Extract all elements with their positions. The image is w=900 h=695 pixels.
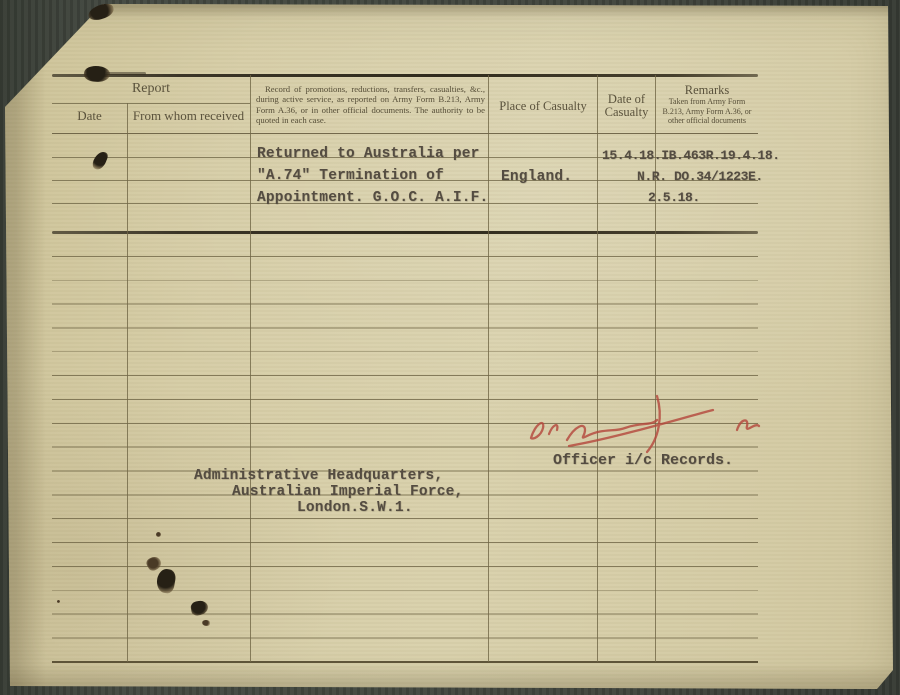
col-header-date: Date	[52, 108, 127, 124]
scan-background: Report Date From whom received Record of…	[0, 0, 900, 695]
report-underline-rule	[52, 103, 250, 104]
ink-speck	[156, 532, 161, 537]
remarks-entry-line-2: N.R. DO.34/1223E.	[637, 169, 763, 184]
address-line-1: Administrative Headquarters,	[194, 468, 443, 484]
column-rule-place	[488, 75, 489, 662]
ink-blot-trail-4	[202, 620, 210, 626]
table-bottom-rule	[52, 661, 758, 663]
address-line-3: London.S.W.1.	[297, 500, 413, 516]
col-header-place-of-casualty: Place of Casualty	[489, 99, 597, 114]
column-rule-date	[127, 103, 128, 662]
remarks-entry-line-3: 2.5.18.	[648, 190, 700, 205]
top-rule	[52, 74, 758, 77]
ink-speck-left	[57, 600, 60, 603]
column-rule-date-of-casualty	[597, 75, 598, 662]
officer-in-charge-label: Officer i/c Records.	[553, 452, 733, 469]
col-header-record-note: Record of promotions, reductions, transf…	[256, 84, 485, 125]
column-rule-remarks	[655, 75, 656, 662]
record-entry-line-2: "A.74" Termination of	[257, 168, 444, 184]
place-of-casualty-entry: England.	[501, 169, 572, 185]
record-entry-line-1: Returned to Australia per	[257, 146, 480, 162]
col-header-date-of-casualty: Date of Casualty	[598, 93, 655, 119]
column-rule-record	[250, 75, 251, 662]
address-line-2: Australian Imperial Force,	[232, 484, 463, 500]
ink-smear	[106, 72, 146, 75]
col-header-remarks-note: Taken from Army Form B.213, Army Form A.…	[660, 97, 754, 126]
col-header-remarks: Remarks	[656, 83, 758, 98]
record-entry-line-3: Appointment. G.O.C. A.I.F.	[257, 190, 488, 206]
remarks-entry-line-1: 15.4.18.IB.463R.19.4.18.	[602, 148, 780, 163]
header-bottom-rule	[52, 133, 758, 134]
col-header-from-whom-received: From whom received	[127, 108, 250, 124]
col-header-report: Report	[52, 81, 250, 97]
